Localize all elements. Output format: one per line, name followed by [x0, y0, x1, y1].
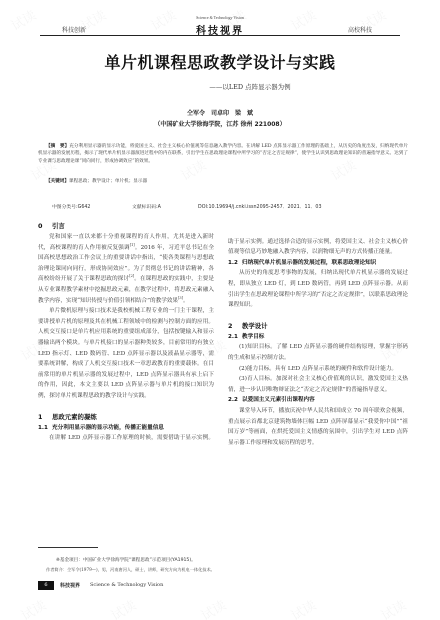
section-1-2-paragraph: 从历史的角度思考事物的发展，归纳出现代单片机显示器的发展过程，即从独立 LED …	[228, 268, 408, 310]
goal-knowledge: (1)知识目标。了解 LED 点阵显示器的硬件结构原理，掌握字形码的生成和显示控…	[228, 342, 408, 363]
footnote-fund: ※基金项目：中国矿业大学徐海学院“课程思政”示范项目(YA1915)。	[56, 557, 196, 563]
subsection-heading-2-2: 2.2以爱国主义元素引出课程内容	[228, 395, 408, 406]
subsection-number: 1.1	[38, 423, 52, 434]
section-1-1-paragraph: 在讲解 LED 点阵显示器工作原理的时候，需要借助于显示实例。通过选择合适的显示…	[38, 433, 214, 444]
footnote-divider	[38, 547, 98, 548]
watermark: 试读	[107, 595, 139, 620]
subsection-number: 2.2	[228, 395, 242, 406]
header-section-right: 高校科技	[348, 25, 372, 34]
left-column: 0引言 党和国家一直以来都十分重视课程的育人作用，尤其是进入新时代，高校课程的育…	[38, 220, 214, 444]
watermark: 试读	[287, 595, 319, 620]
subsection-heading-1-2: 1.2归纳现代单片机显示器的发展过程，联系思政理论知识	[228, 258, 408, 269]
section-2-2-paragraph: 课堂导入环节，播放庆祝中华人民共和国成立 70 周年联欢会视频，重点展示首都北京…	[228, 406, 408, 448]
subsection-title: 以爱国主义元素引出课程内容	[242, 397, 315, 403]
intro-paragraph-1: 党和国家一直以来都十分重视课程的育人作用，尤其是进入新时代，高校课程的育人作用被…	[38, 232, 214, 306]
subsection-title: 充分利用显示器的显示功能，传播正能量信息	[52, 425, 164, 431]
subsection-number: 2.1	[228, 332, 242, 343]
paper-page: 试读 试读 试读 试读 试读 试读 试读 试读 试读 试读 试读 试读 试读 试…	[0, 0, 440, 620]
footer-journal-en: Science & Technology Vision	[90, 582, 163, 588]
journal-title: 科技视界	[40, 22, 400, 37]
subsection-heading-1-1: 1.1充分利用显示器的显示功能，传播正能量信息	[38, 423, 214, 434]
right-column: 助于显示实例。通过选择合适的显示实例，将爱国主义、社会主义核心价值观等信息巧妙地…	[228, 226, 408, 448]
article-title: 单片机课程思政教学设计与实践	[0, 50, 440, 73]
section-title: 思政元素的凝练	[52, 413, 97, 421]
keywords-text: 课程思政；教学设计；单片机；显示器	[69, 179, 147, 184]
abstract-label: 【摘 要】	[46, 144, 69, 149]
footnote-author: 作者简介：仝军令(1979—)，男，河南唐河人，硕士，讲师，研究方向为机电一体化…	[46, 567, 215, 573]
footer-journal-cn: 科技视界	[60, 582, 80, 589]
section-heading-1: 1思政元素的凝练	[38, 411, 214, 423]
abstract: 【摘 要】充分利用显示器的显示功能，将爱国主义、社会主义核心价值观等信息融入教学…	[38, 143, 408, 165]
section-heading-2: 2教学设计	[228, 320, 408, 332]
goal-ability: (2)能力目标。具有 LED 点阵显示系统的硬件和软件设计能力。	[228, 364, 408, 375]
page-number: 6	[38, 581, 54, 590]
subsection-number: 1.2	[228, 258, 242, 269]
subsection-title: 归纳现代单片机显示器的发展过程，联系思政理论知识	[242, 260, 376, 266]
keywords-label: 【关键词】	[46, 179, 69, 184]
journal-subtitle-en: Science & Technology Vision	[0, 15, 440, 20]
section-number: 0	[38, 220, 52, 232]
watermark: 试读	[197, 595, 229, 620]
article-subtitle: ——以LED 点阵显示器为例	[0, 82, 440, 91]
clc-number: 中图分类号:G642	[52, 203, 90, 210]
section-title: 教学设计	[242, 322, 268, 330]
author-list: 仝军令 司卓印 梁 斌	[0, 108, 440, 117]
section-1-1-tail: 助于显示实例。通过选择合适的显示实例，将爱国主义、社会主义核心价值观等信息巧妙地…	[228, 237, 408, 258]
section-number: 2	[228, 320, 242, 332]
abstract-text: 充分利用显示器的显示功能，将爱国主义、社会主义核心价值观等信息融入教学内容。在讲…	[38, 144, 408, 164]
affiliation: （中国矿业大学徐海学院，江苏 徐州 221008）	[0, 119, 440, 128]
text: 。	[183, 298, 189, 304]
subsection-title: 教学目标	[242, 334, 264, 340]
running-header: 科技创新 科技视界 高校科技	[40, 22, 400, 36]
document-code: 文献标识码:A	[132, 203, 161, 210]
section-number: 1	[38, 411, 52, 423]
keywords: 【关键词】课程思政；教学设计；单片机；显示器	[46, 178, 406, 184]
section-title: 引言	[52, 222, 65, 230]
watermark: 试读	[17, 595, 49, 620]
subsection-heading-2-1: 2.1教学目标	[228, 332, 408, 343]
section-1-1-continued	[228, 205, 408, 237]
watermark: 试读	[377, 595, 409, 620]
section-heading-0: 0引言	[38, 220, 214, 232]
intro-paragraph-2: 单片微机原理与接口技术是我校机械工程专业的一门主干课程，主要讲授单片机的原理及其…	[38, 306, 214, 401]
goal-education: (3)育人目标。加深对社会主义核心价值观的认识，激发爱国主义热情，进一步认识唯物…	[228, 374, 408, 395]
